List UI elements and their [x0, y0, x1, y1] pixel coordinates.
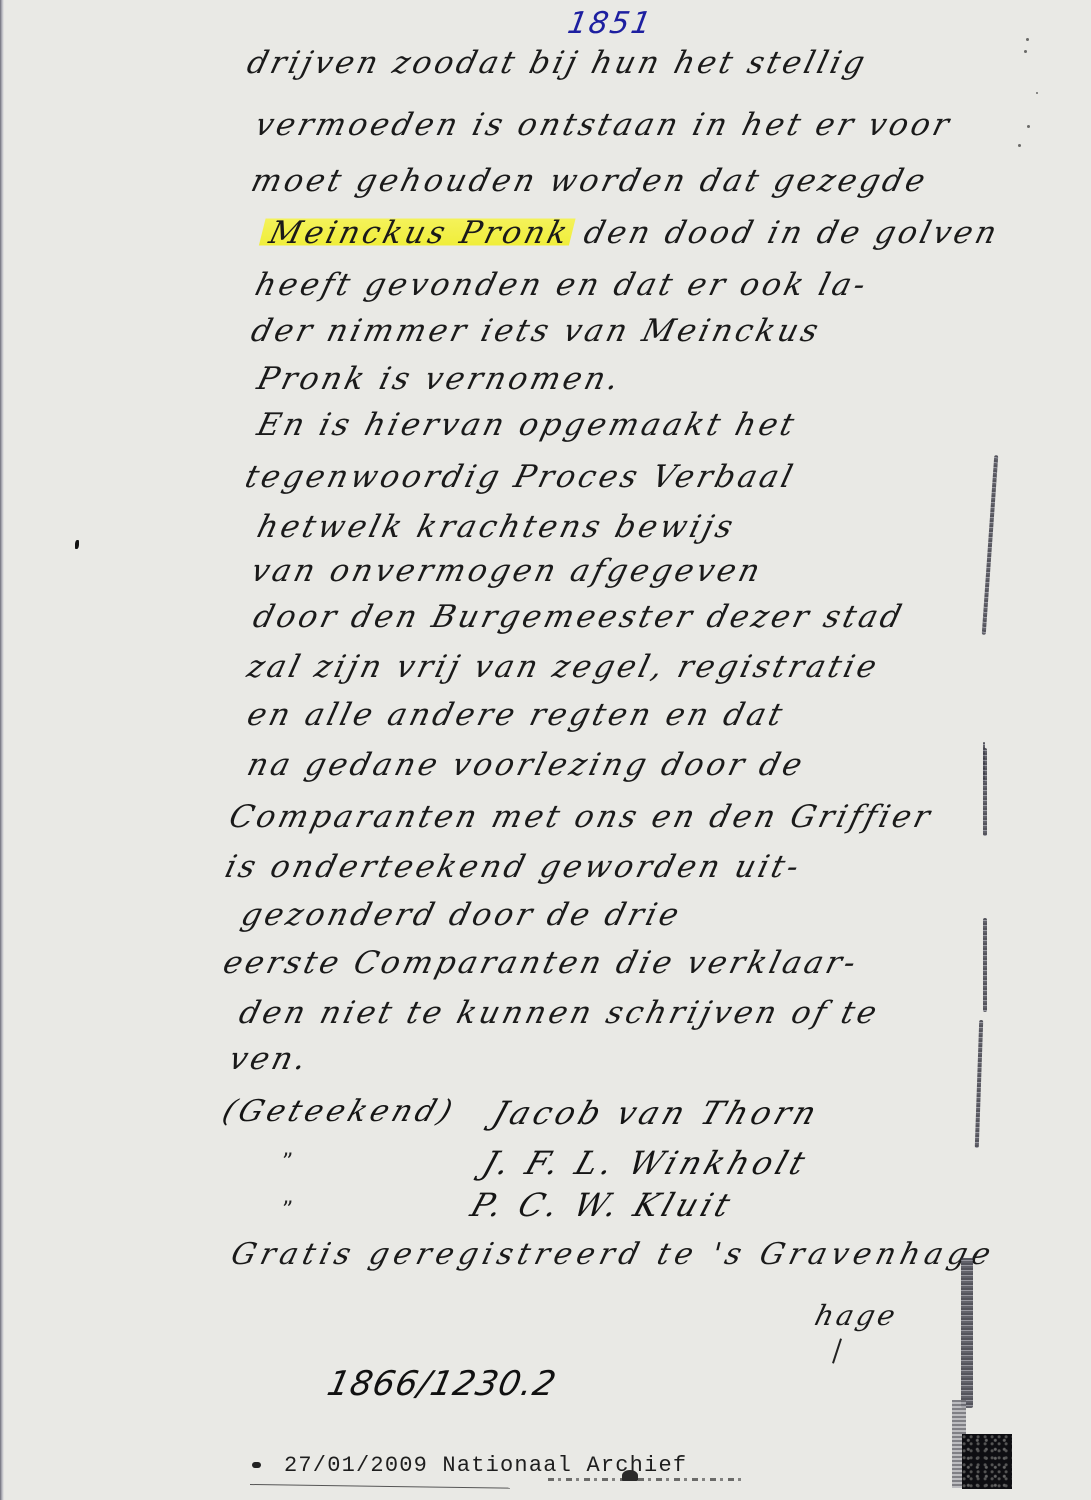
scan-smudge-blob [622, 1470, 638, 1481]
margin-ink-mark [75, 540, 79, 549]
highlighted-name: Meinckus Pronk [258, 215, 577, 251]
handwritten-line-5: heeft gevonden en dat er ook la- [252, 270, 872, 301]
handwritten-line-4: Meinckus Pronk den dood in de golven [268, 218, 1003, 249]
page-number: 1851 [565, 6, 656, 41]
handwritten-line-9: tegenwoordig Proces Verbaal [242, 462, 798, 493]
signed-label: (Geteekend) [218, 1094, 461, 1129]
scan-speck [1036, 92, 1038, 94]
scan-speck [1026, 38, 1029, 41]
scan-left-edge [0, 0, 4, 1500]
handwritten-line-13: zal zijn vrij van zegel, registratie [244, 652, 883, 683]
handwritten-line-17: is onderteekend geworden uit- [222, 852, 805, 883]
registration-note-line-1: Gratis geregistreerd te 's Gravenhage [228, 1240, 998, 1270]
ditto-mark-1: ” [282, 1150, 293, 1175]
scanned-document-page: 1851 drijven zoodat bij hun het stellig … [0, 0, 1091, 1500]
registration-note-line-2: hage [812, 1302, 901, 1330]
handwritten-line-1: drijven zoodat bij hun het stellig [244, 48, 871, 79]
signature-1: Jacob van Thorn [488, 1094, 825, 1132]
ditto-mark-2: ” [282, 1198, 293, 1223]
pen-stroke [832, 1338, 842, 1363]
handwritten-line-20: den niet te kunnen schrijven of te [236, 998, 883, 1029]
signature-2: J. F. L. Winkholt [478, 1144, 814, 1182]
signature-3: P. C. W. Kluit [466, 1186, 739, 1224]
handwritten-line-16: Comparanten met ons en den Griffier [226, 802, 936, 833]
handwritten-line-2: vermoeden is ontstaan in het er voor [252, 110, 955, 141]
scan-speck [1024, 50, 1027, 53]
handwritten-line-12: door den Burgemeester dezer stad [250, 602, 907, 633]
handwritten-line-21: ven. [226, 1044, 312, 1075]
handwritten-line-18: gezonderd door de drie [238, 900, 685, 931]
handwritten-line-11: van onvermogen afgegeven [248, 556, 766, 587]
scan-speck [1018, 144, 1021, 147]
handwritten-line-6: der nimmer iets van Meinckus [248, 316, 824, 347]
handwritten-line-15: na gedane voorlezing door de [244, 750, 808, 781]
handwritten-line-7: Pronk is vernomen. [254, 364, 625, 395]
stamp-mark [252, 1462, 261, 1468]
scan-artifact-bar-5 [975, 1020, 983, 1148]
scan-speck [1027, 125, 1030, 128]
handwritten-line-8: En is hiervan opgemaakt het [254, 410, 800, 441]
scan-artifact-bar-4 [983, 918, 987, 1012]
scan-artifact-bar-3 [983, 748, 987, 836]
scan-artifact-bar-1 [982, 455, 999, 635]
bottom-rule [250, 1484, 510, 1489]
scan-artifact-block [962, 1434, 1012, 1489]
handwritten-line-19: eerste Comparanten die verklaar- [220, 948, 862, 979]
scan-smudge-line [548, 1478, 743, 1481]
scan-artifact-bar-6 [961, 1258, 973, 1408]
line-4-rest: den dood in de golven [567, 215, 1003, 251]
handwritten-line-3: moet gehouden worden dat gezegde [248, 166, 931, 197]
handwritten-line-10: hetwelk krachtens bewijs [254, 512, 739, 543]
archive-reference: 1866/1230.2 [324, 1364, 560, 1404]
handwritten-line-14: en alle andere regten en dat [244, 700, 788, 731]
